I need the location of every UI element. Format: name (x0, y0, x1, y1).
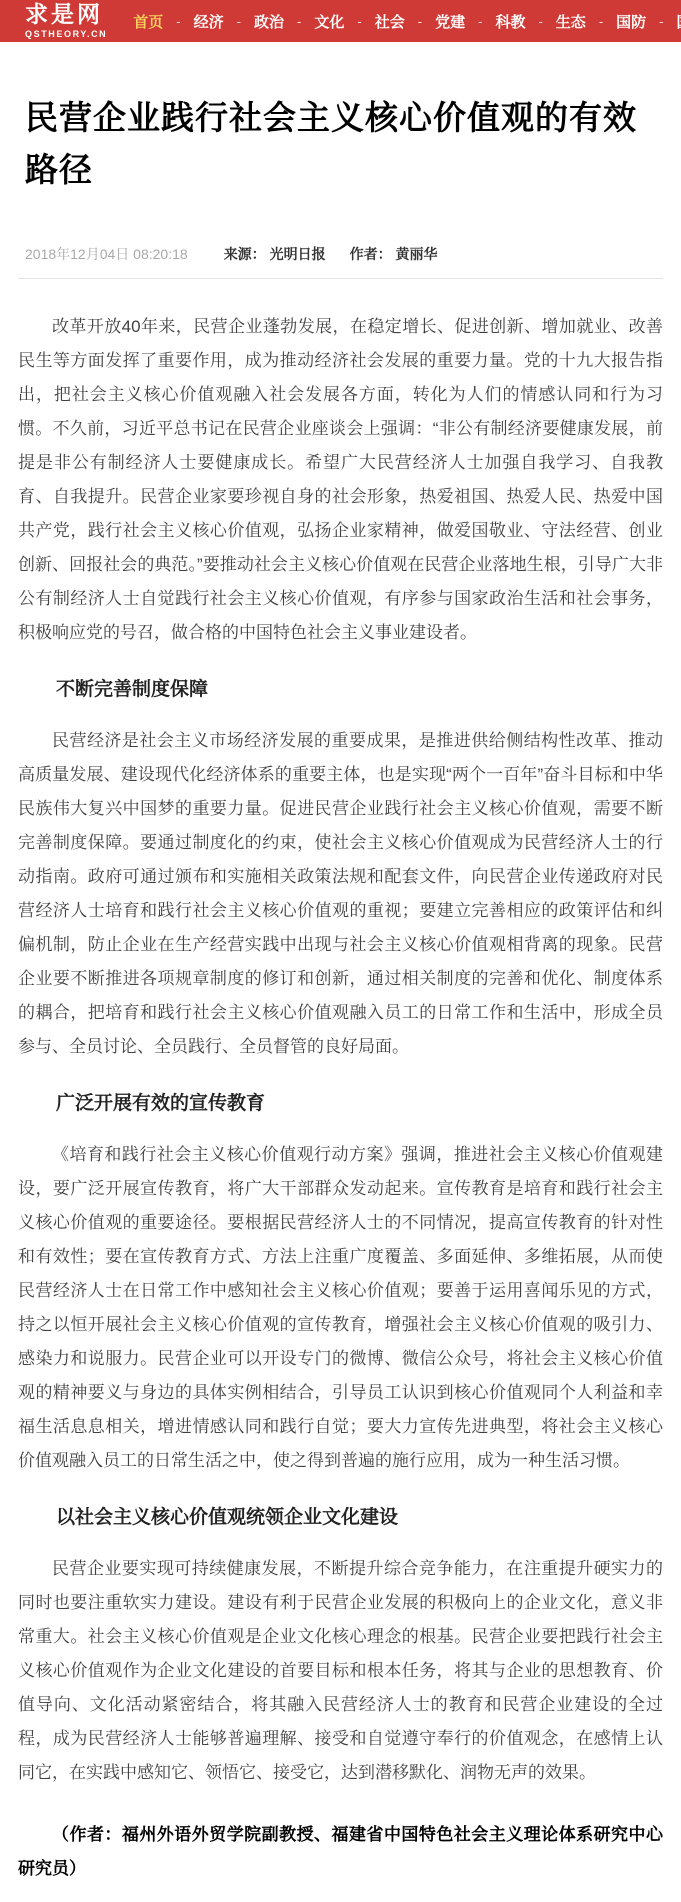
publish-date: 2018年12月04日 08:20:18 (25, 244, 188, 264)
nav-item-ecology[interactable]: 生态 (556, 11, 586, 32)
source-value: 光明日报 (270, 246, 326, 262)
site-header: 求是网 QSTHEORY.CN 首页 - 经济 - 政治 - 文化 - 社会 -… (0, 0, 681, 42)
nav-item-economy[interactable]: 经济 (194, 11, 224, 32)
author-line: 作者： 黄丽华 (350, 244, 438, 264)
nav-separator: - (297, 14, 301, 29)
nav-separator: - (418, 14, 422, 29)
article-paragraph-2: 民营经济是社会主义市场经济发展的重要成果，是推进供给侧结构性改革、推动高质量发展… (18, 724, 663, 1064)
nav-item-science-education[interactable]: 科教 (495, 11, 525, 32)
section-heading-2: 广泛开展有效的宣传教育 (18, 1092, 663, 1116)
main-nav: 首页 - 经济 - 政治 - 文化 - 社会 - 党建 - 科教 - 生态 - … (133, 11, 681, 32)
nav-separator: - (659, 14, 663, 29)
nav-separator: - (538, 14, 542, 29)
article-body: 改革开放40年来，民营企业蓬勃发展，在稳定增长、促进创新、增加就业、改善民生等方… (18, 310, 663, 1886)
source-line: 来源： 光明日报 (224, 244, 326, 264)
nav-item-international[interactable]: 国际 (677, 11, 681, 32)
site-logo-chinese: 求是网 (25, 3, 107, 26)
section-heading-3: 以社会主义核心价值观统领企业文化建设 (18, 1506, 663, 1530)
nav-separator: - (478, 14, 482, 29)
author-label: 作者： (350, 246, 392, 262)
author-credit: （作者：福州外语外贸学院副教授、福建省中国特色社会主义理论体系研究中心研究员） (18, 1818, 663, 1886)
article-meta: 2018年12月04日 08:20:18 来源： 光明日报 作者： 黄丽华 (25, 244, 656, 264)
article-paragraph-1: 改革开放40年来，民营企业蓬勃发展，在稳定增长、促进创新、增加就业、改善民生等方… (18, 310, 663, 650)
meta-divider (18, 278, 663, 279)
article-paragraph-3: 《培育和践行社会主义核心价值观行动方案》强调，推进社会主义核心价值观建设，要广泛… (18, 1138, 663, 1478)
nav-separator: - (357, 14, 361, 29)
nav-item-party-building[interactable]: 党建 (435, 11, 465, 32)
site-logo[interactable]: 求是网 QSTHEORY.CN (25, 3, 107, 39)
nav-separator: - (599, 14, 603, 29)
article-title: 民营企业践行社会主义核心价值观的有效路径 (25, 92, 656, 196)
article-page: 民营企业践行社会主义核心价值观的有效路径 2018年12月04日 08:20:1… (0, 92, 681, 1902)
nav-item-politics[interactable]: 政治 (254, 11, 284, 32)
article-paragraph-4: 民营企业要实现可持续健康发展，不断提升综合竞争能力，在注重提升硬实力的同时也要注… (18, 1552, 663, 1790)
site-logo-domain: QSTHEORY.CN (25, 29, 107, 39)
author-value: 黄丽华 (395, 246, 437, 262)
nav-item-culture[interactable]: 文化 (314, 11, 344, 32)
nav-separator: - (176, 14, 180, 29)
section-heading-1: 不断完善制度保障 (18, 678, 663, 702)
source-label: 来源： (224, 246, 266, 262)
nav-item-defense[interactable]: 国防 (616, 11, 646, 32)
nav-separator: - (237, 14, 241, 29)
nav-item-home[interactable]: 首页 (133, 11, 163, 32)
nav-item-society[interactable]: 社会 (375, 11, 405, 32)
